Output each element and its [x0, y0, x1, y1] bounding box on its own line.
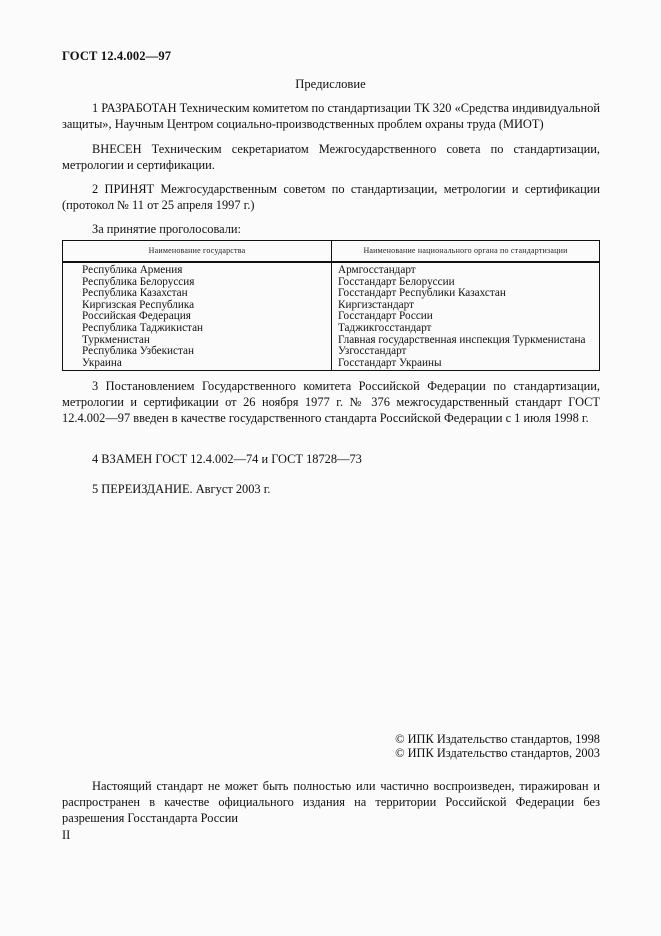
paragraph-voted-intro: За принятие проголосовали:	[62, 222, 600, 238]
state-name: Украина	[82, 358, 331, 370]
paragraph-lead: 1 РАЗРАБОТАН	[92, 101, 177, 115]
state-name: Республика Армения	[82, 265, 331, 277]
paragraph-developed: 1 РАЗРАБОТАН Техническим комитетом по ст…	[62, 101, 600, 133]
paragraph-text: ГОСТ 12.4.002—74 и ГОСТ 18728—73	[152, 452, 362, 466]
reproduction-notice: Настоящий стандарт не может быть полност…	[62, 779, 600, 826]
column-header-national-body: Наименование национального органа по ста…	[332, 241, 600, 263]
national-body-column: Армгосстандарт Госстандарт Белоруссии Го…	[332, 262, 600, 371]
paragraph-submitted: ВНЕСЕН Техническим секретариатом Межгосу…	[62, 142, 600, 174]
state-name: Республика Таджикистан	[82, 323, 331, 335]
copyright-line: © ИПК Издательство стандартов, 2003	[395, 746, 600, 760]
national-body-name: Таджикгосстандарт	[338, 323, 599, 335]
state-column: Республика Армения Республика Белоруссия…	[63, 262, 332, 371]
national-body-name: Госстандарт Украины	[338, 358, 599, 370]
paragraph-text: Техническим секретариатом Межгосударстве…	[62, 142, 600, 172]
paragraph-reissue: 5 ПЕРЕИЗДАНИЕ. Август 2003 г.	[62, 482, 600, 498]
table-row: Республика Армения Республика Белоруссия…	[63, 262, 600, 371]
paragraph-lead: 2 ПРИНЯТ	[92, 182, 154, 196]
section-title: Предисловие	[0, 77, 661, 93]
document-page: ГОСТ 12.4.002—97 Предисловие 1 РАЗРАБОТА…	[0, 0, 661, 936]
paragraph-replaces: 4 ВЗАМЕН ГОСТ 12.4.002—74 и ГОСТ 18728—7…	[62, 452, 600, 468]
column-header-state: Наименование государства	[63, 241, 332, 263]
paragraph-lead: 4 ВЗАМЕН	[92, 452, 152, 466]
national-body-name: Узгосстандарт	[338, 346, 599, 358]
table-header-row: Наименование государства Наименование на…	[63, 241, 600, 263]
copyright-block: © ИПК Издательство стандартов, 1998 © ИП…	[395, 732, 600, 760]
national-body-name: Армгосстандарт	[338, 265, 599, 277]
document-code: ГОСТ 12.4.002—97	[62, 49, 171, 65]
copyright-line: © ИПК Издательство стандартов, 1998	[395, 732, 600, 746]
paragraph-lead: ВНЕСЕН	[92, 142, 142, 156]
vote-table: Наименование государства Наименование на…	[62, 240, 600, 371]
paragraph-text: Август 2003 г.	[193, 482, 271, 496]
state-name: Республика Узбекистан	[82, 346, 331, 358]
paragraph-resolution: 3 Постановлением Государственного комите…	[62, 379, 600, 426]
page-number: II	[62, 828, 70, 844]
paragraph-lead: 5 ПЕРЕИЗДАНИЕ.	[92, 482, 193, 496]
paragraph-adopted: 2 ПРИНЯТ Межгосударственным советом по с…	[62, 182, 600, 214]
